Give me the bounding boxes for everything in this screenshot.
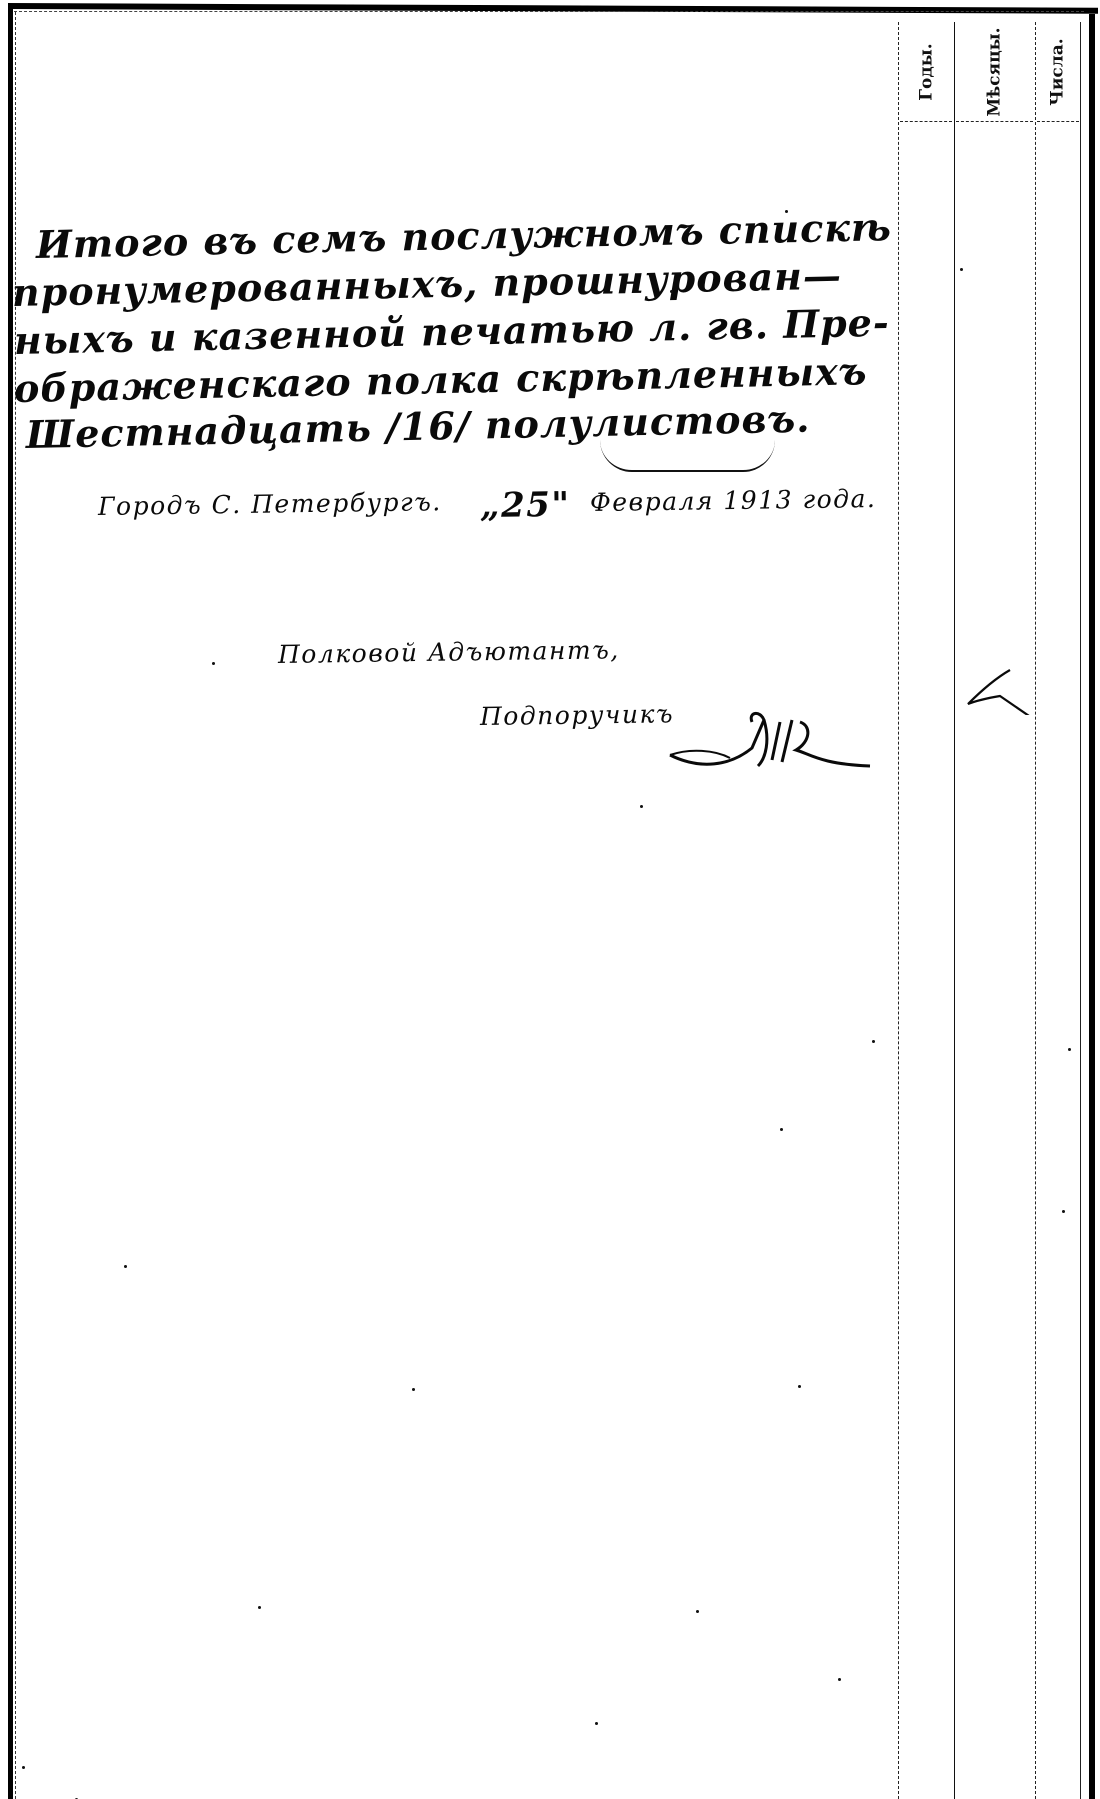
column-divider-days (1035, 22, 1036, 1799)
column-divider-years (898, 22, 899, 1799)
date-month-year: Февраля 1913 года. (590, 484, 877, 517)
ink-speck (212, 662, 215, 665)
ink-speck (258, 1606, 261, 1609)
check-mark-icon (958, 660, 1038, 715)
ink-speck (960, 268, 963, 271)
document-page: Годы. Мѣсяцы. Числа. Итого въ семъ послу… (0, 0, 1100, 1799)
frame-top-inner-rule (14, 11, 1084, 12)
header-rule-years (900, 121, 952, 122)
signatory-position: Полковой Адъютантъ, (278, 635, 620, 669)
ink-speck (640, 805, 643, 808)
column-header-years-label: Годы. (917, 43, 937, 100)
ink-speck (696, 1610, 699, 1613)
ink-speck (785, 210, 788, 213)
underline-flourish (600, 440, 775, 472)
header-rule-months (956, 121, 1033, 122)
signature-icon (660, 700, 880, 790)
column-header-days-label: Числа. (1048, 38, 1068, 105)
ink-speck (798, 1385, 801, 1388)
column-divider-months (954, 22, 955, 1799)
column-header-months-label: Мѣсяцы. (985, 27, 1005, 116)
ink-speck (412, 1388, 415, 1391)
header-rule-days (1037, 121, 1079, 122)
frame-top-border (8, 3, 1098, 14)
frame-right-inner-rule (1080, 22, 1081, 1799)
column-header-months: Мѣсяцы. (955, 24, 1035, 120)
ink-speck (1068, 1048, 1071, 1051)
ink-speck (22, 1766, 25, 1769)
ink-speck (670, 290, 673, 293)
ink-speck (124, 1265, 127, 1268)
column-header-years: Годы. (899, 24, 954, 120)
ink-speck (780, 1128, 783, 1131)
ink-speck (838, 1678, 841, 1681)
ink-speck (595, 1722, 598, 1725)
column-header-days: Числа. (1036, 24, 1080, 120)
signatory-rank: Подпоручикъ (480, 699, 674, 731)
frame-right-border (1089, 14, 1095, 1799)
ink-speck (872, 1040, 875, 1043)
date-day: „25" (480, 485, 571, 526)
ink-speck (1062, 1210, 1065, 1213)
date-city: Городъ С. Петербургъ. (98, 487, 442, 521)
